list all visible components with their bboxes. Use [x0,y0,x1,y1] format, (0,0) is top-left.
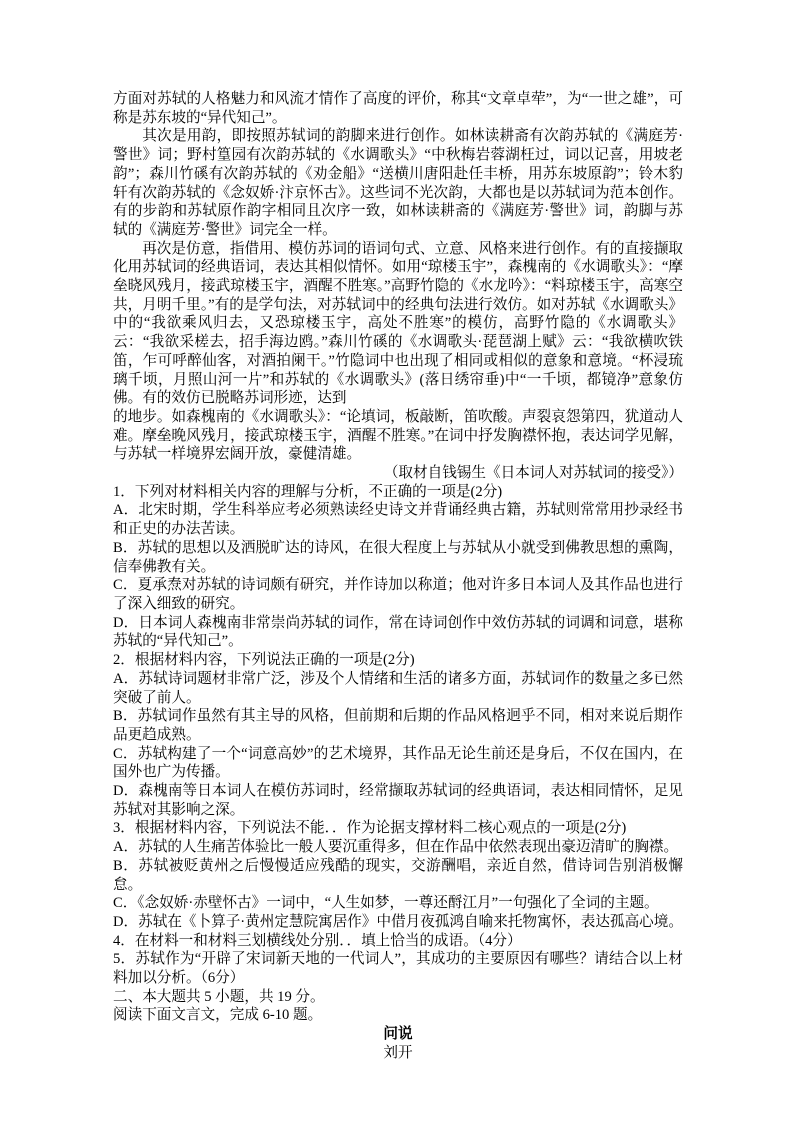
question-2-option-d: D．森槐南等日本词人在模仿苏词时，经常撷取苏轼词的经典语词，表达相同情怀，足见苏… [113,782,683,819]
paragraph-meaning-imitation: 再次是仿意，指借用、模仿苏词的语词句式、立意、风格来进行创作。有的直接撷取化用苏… [113,240,683,408]
reading-instruction: 阅读下面文言文，完成 6-10 题。 [113,1006,683,1025]
question-3-option-a: A．苏轼的人生痛苦体验比一般人要沉重得多，但在作品中依然表现出豪迈清旷的胸襟。 [113,838,683,857]
question-3-option-b: B．苏轼被贬黄州之后慢慢适应残酷的现实，交游酬唱，亲近自然，借诗词告别消极懈怠。 [113,857,683,894]
section-2-heading: 二、本大题共 5 小题，共 19 分。 [113,988,683,1007]
question-3-stem: 3．根据材料内容，下列说法不能．．作为论据支撑材料二核心观点的一项是(2分) [113,819,683,838]
source-attribution: （取材自钱锡生《日本词人对苏轼词的接受》） [113,464,683,483]
question-1-option-a: A．北宋时期，学生科举应考必须熟读经史诗文并背诵经典古籍，苏轼则常常用抄录经书和… [113,501,683,538]
question-3-option-c: C．《念奴娇·赤壁怀古》一词中，“人生如梦，一尊还酹江月”一句强化了全词的主题。 [113,894,683,913]
text-column: 方面对苏轼的人格魅力和风流才情作了高度的评价，称其“文章卓荦”，为“一世之雄”，… [113,90,683,1063]
question-1-option-d: D．日本词人森槐南非常崇尚苏轼的词作，常在诗词创作中效仿苏轼的词调和词意，堪称苏… [113,614,683,651]
paragraph-continuation: 的地步。如森槐南的《水调歌头》：“论填词，板敲断，笛吹酸。声裂哀怨第四，犹道动人… [113,408,683,464]
question-2-option-b: B．苏轼词作虽然有其主导的风格，但前期和后期的作品风格迥乎不同，相对来说后期作品… [113,707,683,744]
question-2-option-c: C．苏轼构建了一个“词意高妙”的艺术境界，其作品无论生前还是身后，不仅在国内，在… [113,745,683,782]
paragraph-rhyme-imitation: 其次是用韵，即按照苏轼词的韵脚来进行创作。如林读耕斋有次韵苏轼的《满庭芳·警世》… [113,127,683,239]
question-4-stem: 4．在材料一和材料三划横线处分别．．填上恰当的成语。（4分） [113,932,683,951]
passage-author: 刘开 [113,1044,683,1063]
question-1-option-b: B．苏轼的思想以及洒脱旷达的诗风，在很大程度上与苏轼从小就受到佛教思想的熏陶，信… [113,539,683,576]
question-5-stem: 5．苏轼作为“开辟了宋词新天地的一代词人”，其成功的主要原因有哪些？请结合以上材… [113,950,683,987]
question-1-stem: 1．下列对材料相关内容的理解与分析，不正确的一项是(2分) [113,483,683,502]
passage-title: 问说 [113,1025,683,1044]
question-2-option-a: A．苏轼诗词题材非常广泛，涉及个人情绪和生活的诸多方面，苏轼词作的数量之多已然突… [113,670,683,707]
question-3-option-d: D．苏轼在《卜算子·黄州定慧院寓居作》中借月夜孤鸿自喻来托物寓怀，表达孤高心境。 [113,913,683,932]
document-page: 方面对苏轼的人格魅力和风流才情作了高度的评价，称其“文章卓荦”，为“一世之雄”，… [0,0,794,1123]
question-2-stem: 2．根据材料内容，下列说法正确的一项是(2分) [113,651,683,670]
paragraph-continued-from-previous-page: 方面对苏轼的人格魅力和风流才情作了高度的评价，称其“文章卓荦”，为“一世之雄”，… [113,90,683,127]
question-1-option-c: C．夏承焘对苏轼的诗词颇有研究，并作诗加以称道；他对许多日本词人及其作品也进行了… [113,576,683,613]
